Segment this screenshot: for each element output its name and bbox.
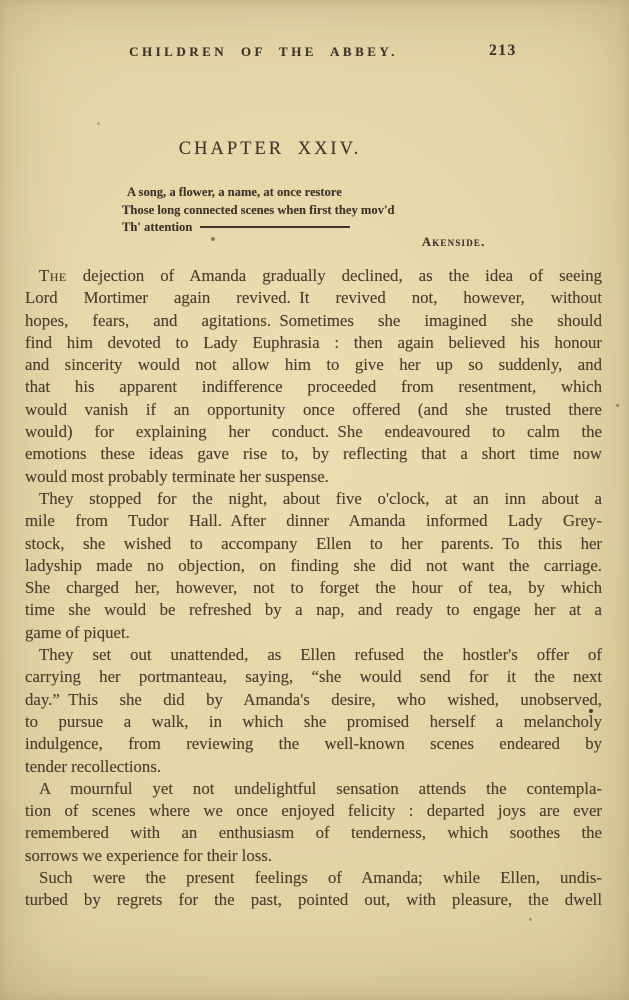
- text-line: emotions these ideas gave rise to, by re…: [25, 443, 602, 465]
- epigraph: A song, a flower, a name, at once restor…: [122, 184, 542, 237]
- paragraph: They stopped for the night, about five o…: [25, 488, 602, 644]
- text-line: carrying her portmanteau, saying, “she w…: [25, 666, 602, 688]
- text-line: stock, she wished to accompany Ellen to …: [25, 533, 602, 555]
- epigraph-dash-rule: [200, 226, 350, 228]
- text-line: They set out unattended, as Ellen refuse…: [25, 644, 602, 666]
- epigraph-line: Those long connected scenes when first t…: [122, 202, 542, 220]
- text-line: A mournful yet not undelightful sensatio…: [25, 778, 602, 800]
- text-line: turbed by regrets for the past, pointed …: [25, 889, 602, 911]
- text-line: Lord Mortimer again revived. It revived …: [25, 287, 602, 309]
- ink-speck: [97, 122, 100, 125]
- text-line: that his apparent indifference proceeded…: [25, 376, 602, 398]
- ink-speck: [589, 709, 593, 713]
- running-header-title: CHILDREN OF THE ABBEY.: [25, 44, 502, 60]
- text-line: She charged her, however, not to forget …: [25, 577, 602, 599]
- paragraph: A mournful yet not undelightful sensatio…: [25, 778, 602, 867]
- text-line: hopes, fears, and agitations. Sometimes …: [25, 310, 602, 332]
- text-line: They stopped for the night, about five o…: [25, 488, 602, 510]
- text-line: game of piquet.: [25, 622, 602, 644]
- chapter-heading: CHAPTER XXIV.: [25, 139, 515, 160]
- paragraph: They set out unattended, as Ellen refuse…: [25, 644, 602, 778]
- text-line: remembered with an enthusiasm of tendern…: [25, 822, 602, 844]
- paragraph: Such were the present feelings of Amanda…: [25, 867, 602, 912]
- text-line: would most probably terminate her suspen…: [25, 466, 602, 488]
- text-line: Such were the present feelings of Amanda…: [25, 867, 602, 889]
- epigraph-attribution: Akenside.: [422, 235, 485, 250]
- text-line: sorrows we experience for their loss.: [25, 845, 602, 867]
- ink-speck: [616, 404, 619, 407]
- text-line: find him devoted to Lady Euphrasia : the…: [25, 332, 602, 354]
- text-line: day.” This she did by Amanda's desire, w…: [25, 689, 602, 711]
- text-line: would) for explaining her conduct. She e…: [25, 421, 602, 443]
- text-line: tion of scenes where we once enjoyed fel…: [25, 800, 602, 822]
- body-text: The dejection of Amanda gradually declin…: [25, 265, 602, 912]
- text-line: mile from Tudor Hall. After dinner Amand…: [25, 510, 602, 532]
- text-line: and sincerity would not allow him to giv…: [25, 354, 602, 376]
- text-line: indulgence, from reviewing the well-know…: [25, 733, 602, 755]
- page-number: 213: [489, 42, 517, 60]
- text-line: tender recollections.: [25, 756, 602, 778]
- book-page: CHILDREN OF THE ABBEY. 213 CHAPTER XXIV.…: [0, 0, 629, 1000]
- text-line: time she would be refreshed by a nap, an…: [25, 599, 602, 621]
- epigraph-line: A song, a flower, a name, at once restor…: [122, 184, 542, 202]
- text-line: ladyship made no objection, on finding s…: [25, 555, 602, 577]
- epigraph-line-text: Th' attention: [122, 220, 192, 234]
- text-line: would vanish if an opportunity once offe…: [25, 399, 602, 421]
- text-line: The dejection of Amanda gradually declin…: [25, 265, 602, 287]
- paragraph-lead-word: The: [39, 266, 67, 285]
- paragraph: The dejection of Amanda gradually declin…: [25, 265, 602, 488]
- ink-speck: [211, 237, 215, 241]
- text-line: to pursue a walk, in which she promised …: [25, 711, 602, 733]
- ink-speck: [529, 918, 532, 921]
